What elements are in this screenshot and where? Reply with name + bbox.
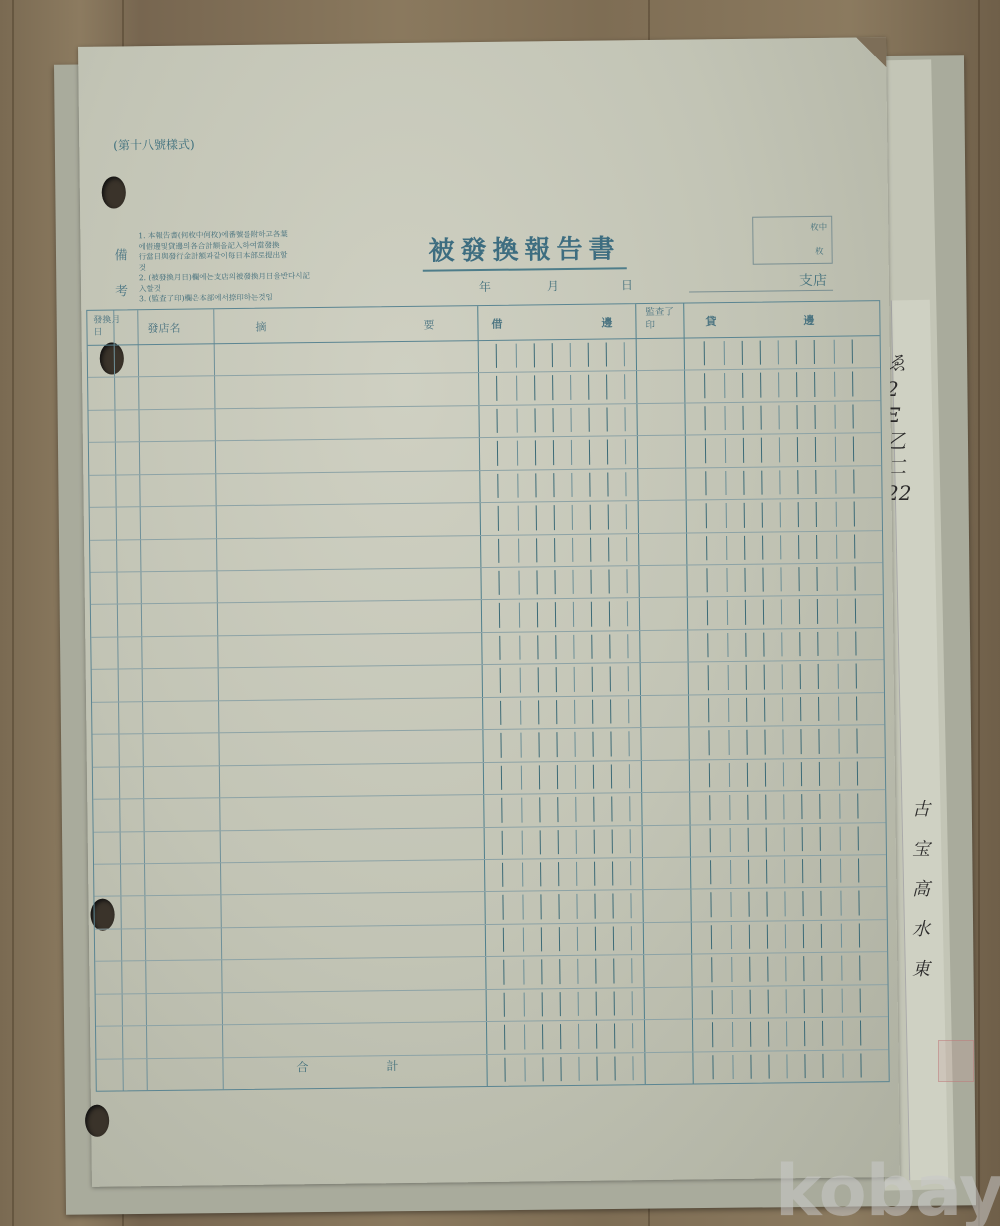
digit-tick <box>538 700 539 724</box>
digit-tick <box>607 440 608 464</box>
digit-tick <box>748 892 749 916</box>
digit-tick <box>804 989 805 1013</box>
digit-tick <box>768 1022 769 1046</box>
row-line <box>91 595 883 606</box>
digit-tick <box>542 992 543 1016</box>
row-line <box>94 887 886 898</box>
digit-tick <box>786 1021 787 1045</box>
row-line <box>89 465 881 476</box>
digit-tick <box>591 602 592 626</box>
digit-tick <box>727 633 728 657</box>
digit-tick <box>816 535 817 559</box>
digit-tick <box>836 534 837 558</box>
digit-tick <box>607 472 608 496</box>
digit-tick <box>497 474 498 498</box>
digit-tick <box>761 470 762 494</box>
digit-tick <box>743 471 744 495</box>
digit-tick <box>798 567 799 591</box>
digit-tick <box>522 895 523 919</box>
digit-tick <box>504 992 505 1016</box>
digit-tick <box>742 406 743 430</box>
digit-tick <box>628 667 629 691</box>
digit-tick <box>712 1022 713 1046</box>
digit-tick <box>784 859 785 883</box>
row-line <box>90 530 882 541</box>
digit-tick <box>590 570 591 594</box>
digit-tick <box>519 635 520 659</box>
digit-tick <box>500 668 501 692</box>
digit-tick <box>855 631 856 655</box>
digit-tick <box>783 762 784 786</box>
digit-tick <box>558 862 559 886</box>
digit-tick <box>520 668 521 692</box>
digit-tick <box>516 376 517 400</box>
digit-tick <box>540 895 541 919</box>
digit-tick <box>626 537 627 561</box>
digit-tick <box>761 438 762 462</box>
digit-tick <box>728 665 729 689</box>
digit-tick <box>780 567 781 591</box>
digit-tick <box>834 405 835 429</box>
row-line <box>94 854 886 865</box>
digit-tick <box>539 797 540 821</box>
digit-tick <box>496 376 497 400</box>
digit-tick <box>535 473 536 497</box>
digit-tick <box>725 471 726 495</box>
row-line <box>92 692 884 703</box>
digit-tick <box>610 732 611 756</box>
digit-tick <box>708 730 709 754</box>
digit-tick <box>800 664 801 688</box>
digit-tick <box>818 664 819 688</box>
digit-tick <box>742 373 743 397</box>
digit-tick <box>518 571 519 595</box>
digit-tick <box>523 960 524 984</box>
row-line <box>95 919 887 930</box>
digit-tick <box>780 503 781 527</box>
digit-tick <box>744 503 745 527</box>
remarks-label: 備 考 <box>114 238 129 310</box>
digit-tick <box>778 405 779 429</box>
document-title: 被發換報告書 <box>422 228 627 271</box>
sheet-count-box: 枚中 枚 <box>752 216 833 265</box>
wood-grain <box>12 0 14 1226</box>
digit-tick <box>837 599 838 623</box>
digit-tick <box>856 729 857 753</box>
digit-tick <box>576 829 577 853</box>
total-label-right: 計 <box>386 1057 398 1074</box>
digit-tick <box>516 408 517 432</box>
digit-tick <box>553 440 554 464</box>
digit-tick <box>820 859 821 883</box>
digit-tick <box>760 405 761 429</box>
digit-tick <box>748 860 749 884</box>
digit-tick <box>706 568 707 592</box>
digit-tick <box>728 698 729 722</box>
digit-tick <box>784 827 785 851</box>
digit-tick <box>726 536 727 560</box>
digit-tick <box>726 568 727 592</box>
digit-tick <box>538 733 539 757</box>
digit-tick <box>537 635 538 659</box>
row-line <box>94 822 886 833</box>
digit-tick <box>712 1055 713 1079</box>
digit-tick <box>592 667 593 691</box>
digit-tick <box>803 956 804 980</box>
header-debit-left: 借 <box>491 316 502 350</box>
digit-tick <box>589 440 590 464</box>
digit-tick <box>804 1021 805 1045</box>
digit-tick <box>746 665 747 689</box>
note-line: 3. (監査了印)欄은本部에서捺印하는것임 <box>139 291 389 305</box>
remarks-notes: 1. 本報告書(何枚中何枚)에番號를附하고各葉 에借邊및貸邊의各合計額을記入하여… <box>138 228 389 305</box>
digit-tick <box>785 957 786 981</box>
digit-tick <box>766 827 767 851</box>
digit-tick <box>838 664 839 688</box>
row-line <box>88 368 880 379</box>
digit-tick <box>524 1025 525 1049</box>
digit-tick <box>816 567 817 591</box>
digit-tick <box>596 1024 597 1048</box>
digit-tick <box>764 730 765 754</box>
header-summary-left: 摘 <box>255 319 266 353</box>
digit-tick <box>499 636 500 660</box>
digit-tick <box>840 826 841 850</box>
digit-tick <box>785 924 786 948</box>
digit-tick <box>517 441 518 465</box>
digit-tick <box>552 408 553 432</box>
digit-tick <box>782 697 783 721</box>
digit-tick <box>592 699 593 723</box>
digit-tick <box>521 765 522 789</box>
digit-tick <box>612 894 613 918</box>
digit-tick <box>852 339 853 363</box>
digit-tick <box>552 343 553 367</box>
header-divider <box>88 335 880 346</box>
digit-tick <box>762 568 763 592</box>
digit-tick <box>555 603 556 627</box>
digit-tick <box>608 537 609 561</box>
digit-tick <box>557 765 558 789</box>
sheet-of-label: 枚中 <box>810 221 827 233</box>
digit-tick <box>575 765 576 789</box>
digit-tick <box>727 601 728 625</box>
digit-tick <box>814 405 815 429</box>
digit-tick <box>767 924 768 948</box>
digit-tick <box>840 891 841 915</box>
digit-tick <box>611 797 612 821</box>
digit-tick <box>610 699 611 723</box>
digit-tick <box>574 700 575 724</box>
month-label: 月 <box>547 277 559 294</box>
digit-tick <box>501 798 502 822</box>
digit-tick <box>608 505 609 529</box>
digit-tick <box>814 372 815 396</box>
digit-tick <box>799 600 800 624</box>
ledger-table: 發換月日 發店名 摘 要 借 邊 監查了印 貸 邊 合 計 <box>86 300 889 1092</box>
digit-tick <box>706 503 707 527</box>
digit-tick <box>570 343 571 367</box>
digit-tick <box>574 667 575 691</box>
digit-tick <box>778 373 779 397</box>
digit-tick <box>763 633 764 657</box>
header-summary-right: 要 <box>423 317 434 351</box>
digit-tick <box>821 956 822 980</box>
digit-tick <box>780 535 781 559</box>
digit-tick <box>728 730 729 754</box>
digit-tick <box>556 667 557 691</box>
digit-tick <box>541 960 542 984</box>
digit-tick <box>802 859 803 883</box>
form-number: (第十八號樣式) <box>113 136 195 154</box>
digit-tick <box>554 505 555 529</box>
digit-tick <box>496 409 497 433</box>
digit-tick <box>624 407 625 431</box>
digit-tick <box>765 795 766 819</box>
row-line <box>92 659 884 670</box>
digit-tick <box>578 1056 579 1080</box>
digit-tick <box>558 830 559 854</box>
digit-tick <box>606 407 607 431</box>
digit-tick <box>764 665 765 689</box>
digit-tick <box>609 602 610 626</box>
digit-tick <box>745 633 746 657</box>
digit-tick <box>611 764 612 788</box>
digit-tick <box>614 1056 615 1080</box>
digit-tick <box>744 535 745 559</box>
digit-tick <box>856 696 857 720</box>
digit-tick <box>624 342 625 366</box>
digit-tick <box>517 473 518 497</box>
digit-tick <box>632 991 633 1015</box>
digit-tick <box>708 698 709 722</box>
digit-tick <box>612 861 613 885</box>
digit-tick <box>596 991 597 1015</box>
digit-tick <box>632 1023 633 1047</box>
digit-tick <box>768 989 769 1013</box>
digit-tick <box>860 1021 861 1045</box>
digit-tick <box>594 829 595 853</box>
digit-tick <box>838 696 839 720</box>
digit-tick <box>796 373 797 397</box>
digit-tick <box>542 1057 543 1081</box>
digit-tick <box>709 795 710 819</box>
digit-tick <box>836 502 837 526</box>
digit-tick <box>801 762 802 786</box>
digit-tick <box>729 795 730 819</box>
digit-tick <box>624 375 625 399</box>
digit-tick <box>818 729 819 753</box>
row-line <box>88 400 880 411</box>
digit-tick <box>521 798 522 822</box>
digit-tick <box>835 469 836 493</box>
digit-tick <box>732 1055 733 1079</box>
digit-tick <box>627 634 628 658</box>
digit-tick <box>821 924 822 948</box>
digit-tick <box>800 697 801 721</box>
wood-grain <box>978 0 980 1226</box>
row-line <box>90 497 882 508</box>
digit-tick <box>820 891 821 915</box>
digit-tick <box>724 341 725 365</box>
digit-tick <box>710 860 711 884</box>
digit-tick <box>779 438 780 462</box>
digit-tick <box>540 830 541 854</box>
digit-tick <box>578 1024 579 1048</box>
digit-tick <box>766 860 767 884</box>
digit-tick <box>518 538 519 562</box>
digit-tick <box>797 437 798 461</box>
digit-tick <box>745 600 746 624</box>
digit-tick <box>534 408 535 432</box>
digit-tick <box>802 827 803 851</box>
total-label-left: 合 <box>296 1058 308 1075</box>
digit-tick <box>594 894 595 918</box>
digit-tick <box>630 829 631 853</box>
kobay-watermark: kobay <box>775 1150 1000 1226</box>
header-issuing-branch: 發店名 <box>147 320 180 354</box>
digit-tick <box>629 764 630 788</box>
digit-tick <box>786 1054 787 1078</box>
digit-tick <box>578 992 579 1016</box>
digit-tick <box>834 340 835 364</box>
digit-tick <box>815 470 816 494</box>
digit-tick <box>854 567 855 591</box>
digit-tick <box>836 567 837 591</box>
form-sheet: (第十八號樣式) 備 考 1. 本報告書(何枚中何枚)에番號를附하고各葉 에借邊… <box>78 37 900 1187</box>
digit-tick <box>766 892 767 916</box>
digit-tick <box>595 959 596 983</box>
digit-tick <box>857 761 858 785</box>
digit-tick <box>801 794 802 818</box>
digit-tick <box>594 862 595 886</box>
digit-tick <box>498 571 499 595</box>
handwritten-side-note-bottom: 古 宝 高 水 東 <box>912 790 934 990</box>
digit-tick <box>630 861 631 885</box>
digit-tick <box>519 603 520 627</box>
digit-tick <box>705 471 706 495</box>
digit-tick <box>707 633 708 657</box>
digit-tick <box>852 372 853 396</box>
digit-tick <box>502 863 503 887</box>
digit-tick <box>630 894 631 918</box>
digit-tick <box>520 733 521 757</box>
digit-tick <box>815 437 816 461</box>
digit-tick <box>819 762 820 786</box>
digit-tick <box>709 763 710 787</box>
digit-tick <box>593 764 594 788</box>
digit-tick <box>819 794 820 818</box>
digit-tick <box>814 340 815 364</box>
digit-tick <box>781 632 782 656</box>
digit-tick <box>731 957 732 981</box>
digit-tick <box>802 892 803 916</box>
digit-tick <box>842 1053 843 1077</box>
digit-tick <box>704 374 705 398</box>
digit-tick <box>625 472 626 496</box>
digit-tick <box>732 990 733 1014</box>
digit-tick <box>556 700 557 724</box>
digit-tick <box>859 923 860 947</box>
digit-tick <box>710 893 711 917</box>
digit-tick <box>818 697 819 721</box>
remarks-label-char: 考 <box>115 274 129 310</box>
digit-tick <box>570 408 571 432</box>
digit-tick <box>856 664 857 688</box>
digit-tick <box>820 826 821 850</box>
digit-tick <box>841 956 842 980</box>
digit-tick <box>712 990 713 1014</box>
digit-tick <box>627 602 628 626</box>
digit-tick <box>629 796 630 820</box>
digit-tick <box>536 570 537 594</box>
digit-tick <box>778 340 779 364</box>
digit-tick <box>860 1053 861 1077</box>
digit-tick <box>631 958 632 982</box>
digit-tick <box>707 601 708 625</box>
digit-tick <box>500 733 501 757</box>
row-line <box>96 1016 888 1027</box>
digit-tick <box>782 730 783 754</box>
digit-tick <box>553 473 554 497</box>
day-label: 日 <box>621 276 633 293</box>
digit-tick <box>858 858 859 882</box>
digit-tick <box>535 441 536 465</box>
row-line <box>95 951 887 962</box>
digit-tick <box>572 538 573 562</box>
digit-tick <box>503 960 504 984</box>
digit-tick <box>742 341 743 365</box>
header-debit-right: 邊 <box>601 314 612 348</box>
digit-tick <box>747 795 748 819</box>
digit-tick <box>614 1024 615 1048</box>
digit-tick <box>764 697 765 721</box>
digit-tick <box>750 1054 751 1078</box>
digit-tick <box>498 506 499 530</box>
digit-tick <box>626 504 627 528</box>
digit-tick <box>539 765 540 789</box>
digit-tick <box>762 535 763 559</box>
row-line <box>92 724 884 735</box>
digit-tick <box>796 405 797 429</box>
digit-tick <box>816 502 817 526</box>
digit-tick <box>572 505 573 529</box>
digit-tick <box>537 603 538 627</box>
digit-tick <box>804 1054 805 1078</box>
digit-tick <box>542 1024 543 1048</box>
digit-tick <box>730 828 731 852</box>
digit-tick <box>725 438 726 462</box>
digit-tick <box>574 732 575 756</box>
digit-tick <box>822 1021 823 1045</box>
digit-tick <box>628 731 629 755</box>
digit-tick <box>536 538 537 562</box>
digit-tick <box>523 927 524 951</box>
digit-tick <box>746 730 747 754</box>
digit-tick <box>534 376 535 400</box>
digit-tick <box>609 634 610 658</box>
digit-tick <box>705 439 706 463</box>
digit-tick <box>590 537 591 561</box>
digit-tick <box>500 701 501 725</box>
digit-tick <box>783 794 784 818</box>
digit-tick <box>749 925 750 949</box>
digit-tick <box>610 667 611 691</box>
digit-tick <box>554 538 555 562</box>
digit-tick <box>504 1025 505 1049</box>
digit-tick <box>749 957 750 981</box>
digit-tick <box>524 1057 525 1081</box>
